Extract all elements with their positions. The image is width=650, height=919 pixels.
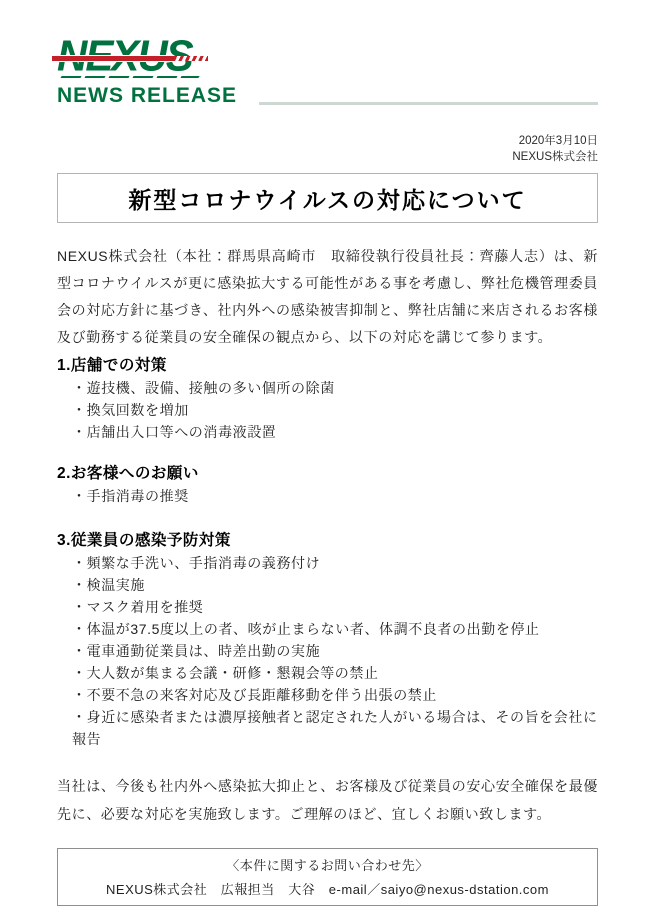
bullet-list: ・遊技機、設備、接触の多い個所の除菌 ・換気回数を増加 ・店舗出入口等への消毒液… <box>57 377 598 443</box>
logo-red-stripe-icon <box>52 55 174 62</box>
nexus-logo: NEXUS <box>57 33 192 79</box>
bullet-item: ・不要不急の来客対応及び長距離移動を伴う出張の禁止 <box>72 684 598 706</box>
release-meta: 2020年3月10日 NEXUS株式会社 <box>57 133 598 165</box>
section-customer-request: 2.お客様へのお願い ・手指消毒の推奨 <box>57 463 598 507</box>
title-box: 新型コロナウイルスの対応について <box>57 173 598 223</box>
header-rule-line <box>259 102 598 105</box>
release-company: NEXUS株式会社 <box>57 149 598 165</box>
release-date: 2020年3月10日 <box>57 133 598 149</box>
bullet-item: ・大人数が集まる会議・研修・懇親会等の禁止 <box>72 662 598 684</box>
contact-box: 〈本件に関するお問い合わせ先〉 NEXUS株式会社 広報担当 大谷 e-mail… <box>57 848 598 906</box>
bullet-item: ・換気回数を増加 <box>72 399 598 421</box>
section-store-measures: 1.店舗での対策 ・遊技機、設備、接触の多い個所の除菌 ・換気回数を増加 ・店舗… <box>57 355 598 443</box>
section-heading: 2.お客様へのお願い <box>57 463 598 485</box>
bullet-item: ・マスク着用を推奨 <box>72 596 598 618</box>
logo-speed-underline-icon <box>60 76 199 78</box>
bullet-item: ・電車通勤従業員は、時差出勤の実施 <box>72 640 598 662</box>
section-employee-prevention: 3.従業員の感染予防対策 ・頻繁な手洗い、手指消毒の義務付け ・検温実施 ・マス… <box>57 530 598 750</box>
intro-paragraph: NEXUS株式会社（本社：群馬県高崎市 取締役執行役員社長：齊藤人志）は、新型コ… <box>57 243 598 351</box>
section-heading: 1.店舗での対策 <box>57 355 598 377</box>
page-header: NEXUS NEWS RELEASE <box>57 33 598 109</box>
page-title: 新型コロナウイルスの対応について <box>128 182 526 215</box>
bullet-item: ・店舗出入口等への消毒液設置 <box>72 421 598 443</box>
news-release-page: NEXUS NEWS RELEASE 2020年3月10日 NEXUS株式会社 … <box>0 0 650 919</box>
news-release-row: NEWS RELEASE <box>57 83 598 109</box>
bullet-item: ・検温実施 <box>72 574 598 596</box>
bullet-item: ・手指消毒の推奨 <box>72 485 598 507</box>
bullet-item: ・頻繁な手洗い、手指消毒の義務付け <box>72 552 598 574</box>
bullet-list: ・手指消毒の推奨 <box>57 485 598 507</box>
section-heading: 3.従業員の感染予防対策 <box>57 530 598 552</box>
bullet-item: ・遊技機、設備、接触の多い個所の除菌 <box>72 377 598 399</box>
contact-line: NEXUS株式会社 広報担当 大谷 e-mail／saiyo@nexus-dst… <box>66 878 589 902</box>
bullet-item: ・体温が37.5度以上の者、咳が止まらない者、体調不良者の出勤を停止 <box>72 618 598 640</box>
contact-heading: 〈本件に関するお問い合わせ先〉 <box>66 854 589 878</box>
bullet-list: ・頻繁な手洗い、手指消毒の義務付け ・検温実施 ・マスク着用を推奨 ・体温が37… <box>57 552 598 750</box>
closing-paragraph: 当社は、今後も社内外へ感染拡大抑止と、お客様及び従業員の安心安全確保を最優先に、… <box>57 772 598 828</box>
news-release-label: NEWS RELEASE <box>57 83 237 109</box>
bullet-item: ・身近に感染者または濃厚接触者と認定された人がいる場合は、その旨を会社に報告 <box>72 706 598 750</box>
